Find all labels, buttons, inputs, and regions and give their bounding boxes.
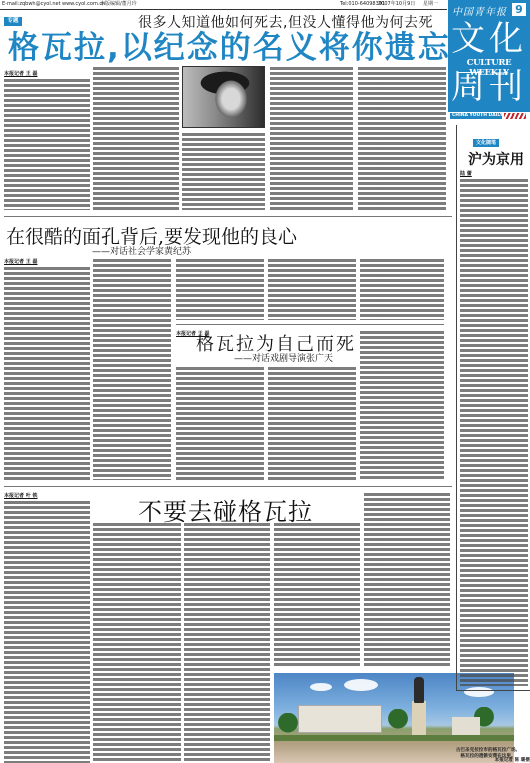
che-guevara-photo (182, 66, 265, 128)
sidebar-bottom-rule (456, 690, 530, 691)
interview-1-body-col-4 (268, 258, 356, 320)
page-info-strip: E-mail:zqbwh@cyol.net www.cyol.com.cn 本版… (0, 0, 447, 10)
feature-body-col-1 (4, 500, 90, 763)
english-name-strip: CHINA YOUTH DAILY (448, 112, 530, 120)
palm-tree-shape (278, 713, 298, 737)
feature-body-col-5 (364, 492, 450, 668)
sidebar-body (460, 178, 528, 686)
section-tag: 专题 (4, 17, 22, 26)
interview-divider (176, 324, 444, 325)
memorial-wall-shape (298, 705, 382, 733)
photo-credit: 本报记者 陈 璐摄 (470, 758, 530, 763)
memorial-sign-shape (452, 717, 480, 735)
website-link[interactable]: www.cyol.com.cn (62, 0, 105, 9)
sidebar-title: 沪为京用 (468, 149, 524, 169)
cloud-shape (344, 679, 378, 691)
lead-body-col-2 (93, 66, 179, 210)
lead-body-col-3 (182, 132, 265, 210)
interview-1-byline: 本报记者 王 磊 (4, 258, 37, 265)
interview-2-subheadline: ——对话戏剧导演张广天 (234, 351, 333, 364)
interview-1-subheadline: ——对话社会学家黄纪苏 (92, 244, 191, 257)
section-divider (4, 216, 452, 217)
interview-1-body-col-2 (93, 258, 171, 480)
section-masthead: 中国青年报 9 文化 CULTURE WEEKLY 周刊 CHINA YOUTH… (448, 0, 530, 120)
interview-1-body-col-3 (176, 258, 264, 320)
contact-email: E-mail:zqbwh@cyol.net (2, 0, 61, 9)
feature-body-col-4 (274, 522, 360, 668)
palm-tree-shape (388, 709, 408, 733)
lead-body-col-4 (270, 66, 353, 210)
interview-2-body-col-3 (360, 330, 444, 480)
sidebar-byline: 陆 蕾 (460, 170, 472, 177)
page-number: 9 (512, 3, 526, 16)
section-title-top: 文化 (450, 20, 528, 58)
page-editor: 本版编辑/董月玲 (100, 0, 137, 9)
interview-1-body-col-5 (360, 258, 444, 320)
section-title-bottom: 周刊 (450, 68, 528, 106)
decorative-stripes-icon (504, 113, 526, 119)
cloud-shape (310, 683, 332, 691)
lead-headline: 格瓦拉,以纪念的名义将你遗忘 (8, 30, 451, 66)
interview-1-body-col-1 (4, 266, 90, 480)
english-paper-name: CHINA YOUTH DAILY (450, 113, 502, 119)
feature-body-col-3 (184, 522, 270, 763)
lead-byline: 本报记者 王 磊 (4, 70, 37, 77)
lead-body-col-5 (358, 66, 446, 210)
newspaper-logo: 中国青年报 (452, 3, 507, 18)
lead-kicker: 很多人知道他如何死去,但没人懂得他为何去死 (138, 12, 433, 32)
issue-date: 2007年10月9日 (378, 0, 415, 9)
issue-weekday: 星期一 (423, 0, 438, 9)
feature-body-col-2 (93, 522, 181, 763)
lead-body-col-1 (4, 78, 90, 210)
statue-shape (414, 677, 424, 703)
bottom-section-divider (4, 486, 452, 487)
interview-2-body-col-2 (268, 366, 356, 480)
interview-2-body-col-1 (176, 366, 264, 480)
lawn-shape (274, 735, 514, 741)
feature-byline: 本报记者 叶 铁 (4, 492, 37, 499)
sidebar-column-tag: 文化随笔 (473, 139, 499, 147)
interview-2-byline: 本报记者 王 磊 (176, 330, 209, 337)
